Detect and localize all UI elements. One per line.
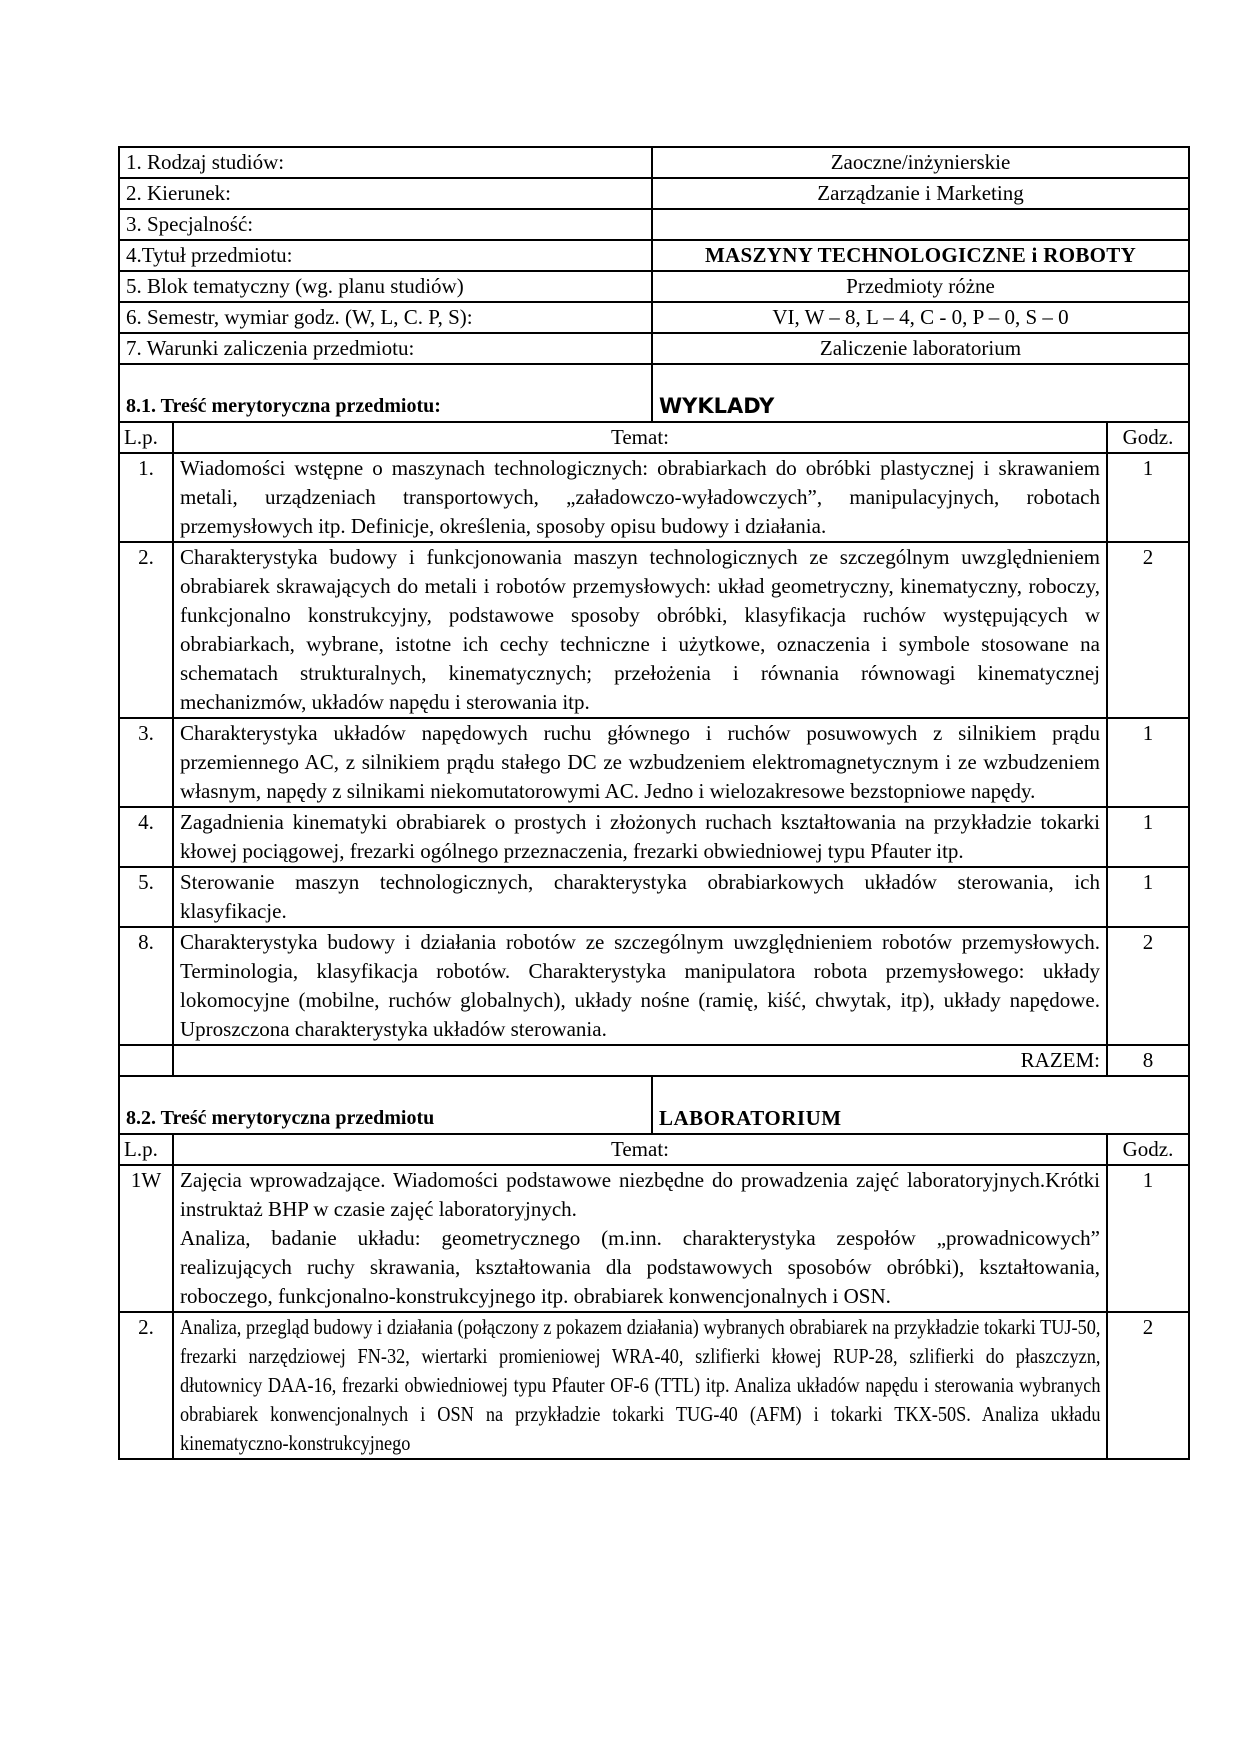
row-topic-paragraph: Analiza, badanie układu: geometrycznego …	[180, 1224, 1100, 1311]
row-topic: Analiza, przegląd budowy i działania (po…	[173, 1312, 1107, 1459]
total-value: 8	[1107, 1045, 1189, 1076]
table-header-row: L.p. Temat: Godz.	[119, 422, 1189, 453]
hours-header: Godz.	[1107, 1134, 1189, 1165]
section-title: 8.1. Treść merytoryczna przedmiotu:	[126, 395, 441, 417]
info-label: 6. Semestr, wymiar godz. (W, L, C. P, S)…	[119, 302, 652, 333]
row-hours: 2	[1107, 542, 1189, 718]
lab-topics-table: L.p. Temat: Godz. 1W Zajęcia wprowadzają…	[118, 1133, 1190, 1460]
info-label: 7. Warunki zaliczenia przedmiotu:	[119, 333, 652, 364]
lp-header: L.p.	[119, 422, 173, 453]
section-type: WYKLADY	[659, 394, 774, 418]
info-row: 5. Blok tematyczny (wg. planu studiów)Pr…	[119, 271, 1189, 302]
info-row: 7. Warunki zaliczenia przedmiotu:Zalicze…	[119, 333, 1189, 364]
row-topic: Charakterystyka budowy i działania robot…	[173, 927, 1107, 1045]
table-row: 2.Charakterystyka budowy i funkcjonowani…	[119, 542, 1189, 718]
table-row: 4.Zagadnienia kinematyki obrabiarek o pr…	[119, 807, 1189, 867]
row-topic: Zagadnienia kinematyki obrabiarek o pros…	[173, 807, 1107, 867]
row-hours: 2	[1107, 927, 1189, 1045]
info-value: Przedmioty różne	[652, 271, 1189, 302]
info-label: 4.Tytuł przedmiotu:	[119, 240, 652, 271]
row-number: 5.	[119, 867, 173, 927]
info-value: Zarządzanie i Marketing	[652, 178, 1189, 209]
row-topic-paragraph: Zajęcia wprowadzające. Wiadomości podsta…	[180, 1166, 1100, 1224]
section-heading-row: 8.1. Treść merytoryczna przedmiotu: WYKL…	[119, 364, 1189, 422]
table-row: 2. Analiza, przegląd budowy i działania …	[119, 1312, 1189, 1459]
total-label: RAZEM:	[173, 1045, 1107, 1076]
row-number: 1W	[119, 1165, 173, 1312]
row-hours: 1	[1107, 867, 1189, 927]
table-header-row: L.p. Temat: Godz.	[119, 1134, 1189, 1165]
topic-header: Temat:	[173, 1134, 1107, 1165]
row-number: 3.	[119, 718, 173, 807]
info-row: 1. Rodzaj studiów:Zaoczne/inżynierskie	[119, 147, 1189, 178]
row-topic: Charakterystyka budowy i funkcjonowania …	[173, 542, 1107, 718]
row-topic-text: Analiza, przegląd budowy i działania (po…	[180, 1313, 1100, 1458]
row-number: 2.	[119, 1312, 173, 1459]
table-row: 3.Charakterystyka układów napędowych ruc…	[119, 718, 1189, 807]
total-row: RAZEM: 8	[119, 1045, 1189, 1076]
row-hours: 1	[1107, 1165, 1189, 1312]
info-row: 6. Semestr, wymiar godz. (W, L, C. P, S)…	[119, 302, 1189, 333]
row-topic: Charakterystyka układów napędowych ruchu…	[173, 718, 1107, 807]
course-sheet: 1. Rodzaj studiów:Zaoczne/inżynierskie 2…	[118, 146, 1190, 1460]
info-label: 2. Kierunek:	[119, 178, 652, 209]
table-row: 8.Charakterystyka budowy i działania rob…	[119, 927, 1189, 1045]
row-topic: Sterowanie maszyn technologicznych, char…	[173, 867, 1107, 927]
lp-header: L.p.	[119, 1134, 173, 1165]
section-title: 8.2. Treść merytoryczna przedmiotu	[126, 1107, 434, 1129]
row-topic: Zajęcia wprowadzające. Wiadomości podsta…	[173, 1165, 1107, 1312]
info-value: Zaliczenie laboratorium	[652, 333, 1189, 364]
lab-heading-table: 8.2. Treść merytoryczna przedmiotu LABOR…	[118, 1075, 1190, 1135]
info-value	[652, 209, 1189, 240]
section-heading-row: 8.2. Treść merytoryczna przedmiotu LABOR…	[119, 1076, 1189, 1134]
row-hours: 1	[1107, 718, 1189, 807]
row-number: 4.	[119, 807, 173, 867]
info-row: 3. Specjalność:	[119, 209, 1189, 240]
row-hours: 2	[1107, 1312, 1189, 1459]
info-label: 5. Blok tematyczny (wg. planu studiów)	[119, 271, 652, 302]
info-value: Zaoczne/inżynierskie	[652, 147, 1189, 178]
table-row: 1.Wiadomości wstępne o maszynach technol…	[119, 453, 1189, 542]
course-info-table: 1. Rodzaj studiów:Zaoczne/inżynierskie 2…	[118, 146, 1190, 423]
table-row: 5.Sterowanie maszyn technologicznych, ch…	[119, 867, 1189, 927]
topic-header: Temat:	[173, 422, 1107, 453]
table-row: 1W Zajęcia wprowadzające. Wiadomości pod…	[119, 1165, 1189, 1312]
section-type: LABORATORIUM	[659, 1106, 842, 1130]
row-number: 8.	[119, 927, 173, 1045]
info-row: 4.Tytuł przedmiotu:MASZYNY TECHNOLOGICZN…	[119, 240, 1189, 271]
info-label: 1. Rodzaj studiów:	[119, 147, 652, 178]
row-number: 2.	[119, 542, 173, 718]
row-number: 1.	[119, 453, 173, 542]
lecture-topics-table: L.p. Temat: Godz. 1.Wiadomości wstępne o…	[118, 421, 1190, 1077]
hours-header: Godz.	[1107, 422, 1189, 453]
info-label: 3. Specjalność:	[119, 209, 652, 240]
course-title: MASZYNY TECHNOLOGICZNE i ROBOTY	[652, 240, 1189, 271]
info-value: VI, W – 8, L – 4, C - 0, P – 0, S – 0	[652, 302, 1189, 333]
row-hours: 1	[1107, 453, 1189, 542]
info-row: 2. Kierunek:Zarządzanie i Marketing	[119, 178, 1189, 209]
row-hours: 1	[1107, 807, 1189, 867]
row-topic: Wiadomości wstępne o maszynach technolog…	[173, 453, 1107, 542]
